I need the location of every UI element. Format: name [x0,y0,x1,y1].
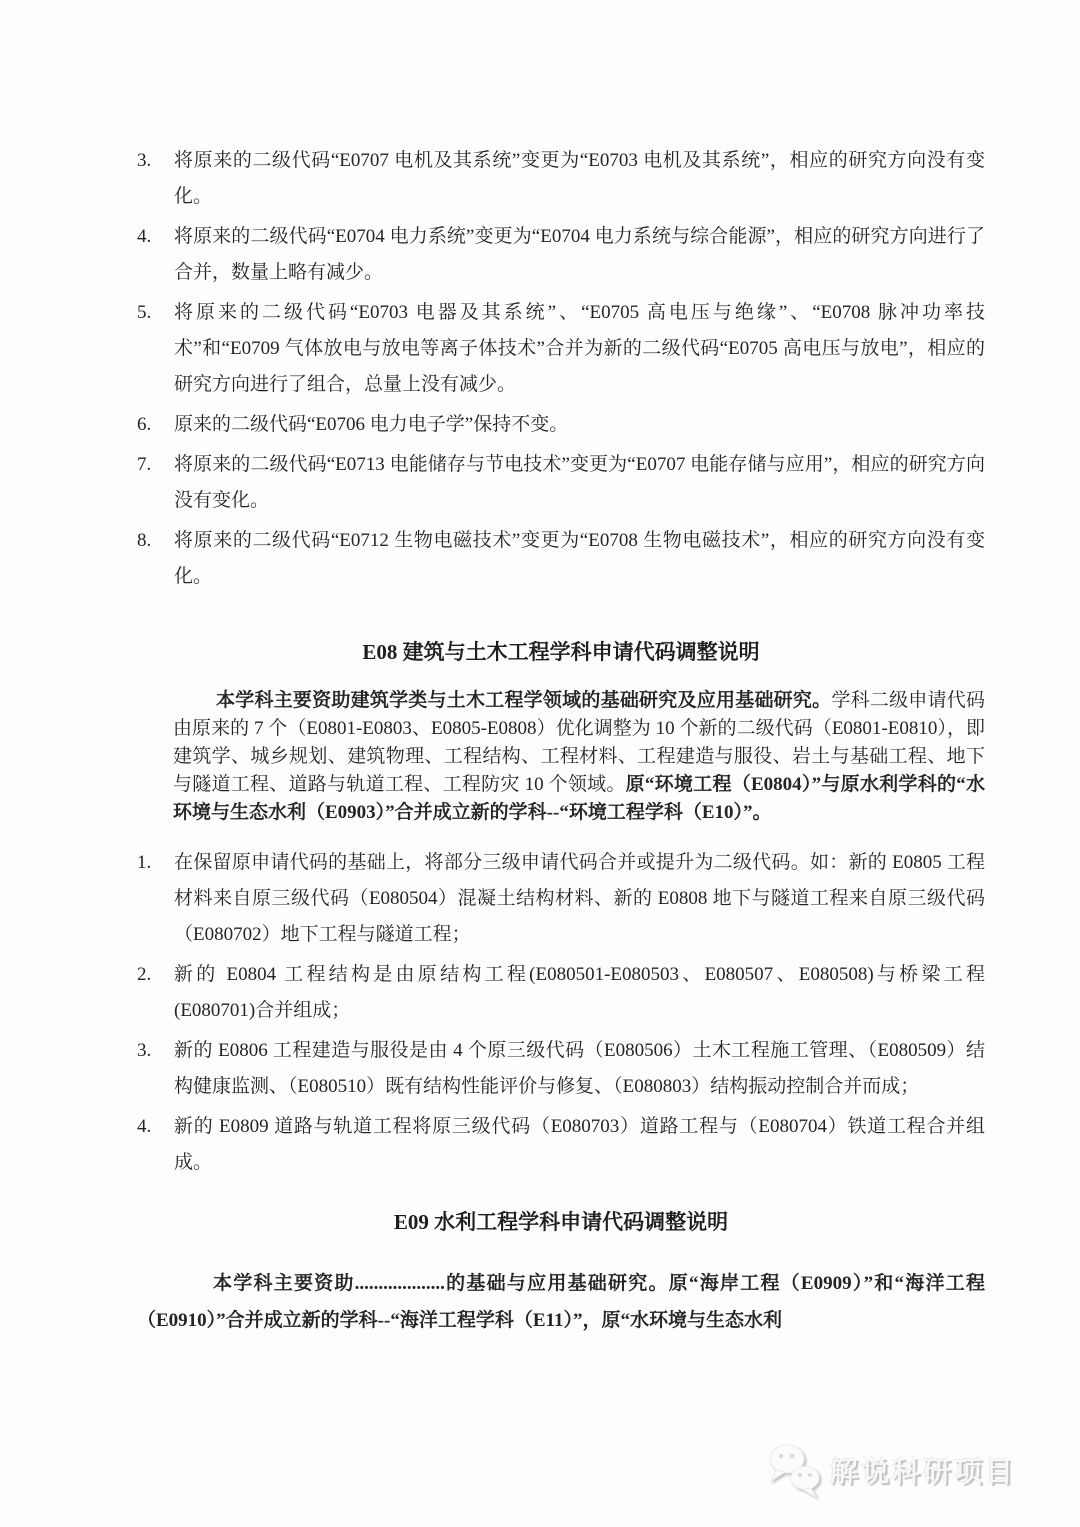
document-content: 3. 将原来的二级代码“E0707 电机及其系统”变更为“E0703 电机及其系… [137,143,985,1339]
e08-adjustment-list: 1. 在保留原申请代码的基础上，将部分三级申请代码合并或提升为二级代码。如：新的… [137,845,985,1181]
list-item: 4. 新的 E0809 道路与轨道工程将原三级代码（E080703）道路工程与（… [137,1109,985,1181]
list-item-text: 在保留原申请代码的基础上，将部分三级申请代码合并或提升为二级代码。如：新的 E0… [174,845,985,953]
list-item: 8. 将原来的二级代码“E0712 生物电磁技术”变更为“E0708 生物电磁技… [137,523,985,595]
list-item: 3. 新的 E0806 工程建造与服役是由 4 个原三级代码（E080506）土… [137,1033,985,1105]
e08-section-heading: E08 建筑与土木工程学科申请代码调整说明 [137,637,985,667]
e09-intro-paragraph: 本学科主要资助...................的基础与应用基础研究。原“海… [137,1265,985,1339]
list-item-number: 3. [137,143,174,215]
list-item: 7. 将原来的二级代码“E0713 电能储存与节电技术”变更为“E0707 电能… [137,447,985,519]
list-item-number: 8. [137,523,174,595]
list-item: 1. 在保留原申请代码的基础上，将部分三级申请代码合并或提升为二级代码。如：新的… [137,845,985,953]
list-item-text: 原来的二级代码“E0706 电力电子学”保持不变。 [174,407,985,443]
e08-intro-paragraph: 本学科主要资助建筑学类与土木工程学领域的基础研究及应用基础研究。学科二级申请代码… [173,687,985,827]
list-item: 4. 将原来的二级代码“E0704 电力系统”变更为“E0704 电力系统与综合… [137,219,985,291]
list-item: 6. 原来的二级代码“E0706 电力电子学”保持不变。 [137,407,985,443]
watermark-label: 解说科研项目 [830,1450,1016,1490]
e07-adjustment-list: 3. 将原来的二级代码“E0707 电机及其系统”变更为“E0703 电机及其系… [137,143,985,595]
e09-section-heading: E09 水利工程学科申请代码调整说明 [137,1207,985,1237]
document-page: 3. 将原来的二级代码“E0707 电机及其系统”变更为“E0703 电机及其系… [0,0,1080,1527]
list-item-number: 5. [137,295,174,403]
list-item: 3. 将原来的二级代码“E0707 电机及其系统”变更为“E0703 电机及其系… [137,143,985,215]
list-item-number: 6. [137,407,174,443]
list-item-number: 4. [137,1109,174,1181]
list-item-text: 将原来的二级代码“E0703 电器及其系统”、“E0705 高电压与绝缘”、“E… [174,295,985,403]
e08-intro-bold-lead: 本学科主要资助建筑学类与土木工程学领域的基础研究及应用基础研究。 [216,690,831,711]
list-item-text: 将原来的二级代码“E0704 电力系统”变更为“E0704 电力系统与综合能源”… [174,219,985,291]
list-item-text: 新的 E0806 工程建造与服役是由 4 个原三级代码（E080506）土木工程… [174,1033,985,1105]
list-item-text: 将原来的二级代码“E0712 生物电磁技术”变更为“E0708 生物电磁技术”，… [174,523,985,595]
list-item: 5. 将原来的二级代码“E0703 电器及其系统”、“E0705 高电压与绝缘”… [137,295,985,403]
wechat-chat-bubbles-icon [766,1441,822,1499]
list-item-text: 将原来的二级代码“E0713 电能储存与节电技术”变更为“E0707 电能存储与… [174,447,985,519]
list-item-number: 4. [137,219,174,291]
list-item-number: 3. [137,1033,174,1105]
list-item-text: 新的 E0809 道路与轨道工程将原三级代码（E080703）道路工程与（E08… [174,1109,985,1181]
list-item: 2. 新的 E0804 工程结构是由原结构工程(E080501-E080503、… [137,957,985,1029]
list-item-text: 将原来的二级代码“E0707 电机及其系统”变更为“E0703 电机及其系统”，… [174,143,985,215]
list-item-text: 新的 E0804 工程结构是由原结构工程(E080501-E080503、E08… [174,957,985,1029]
list-item-number: 2. [137,957,174,1029]
list-item-number: 7. [137,447,174,519]
list-item-number: 1. [137,845,174,953]
watermark: 解说科研项目 [766,1441,1016,1499]
